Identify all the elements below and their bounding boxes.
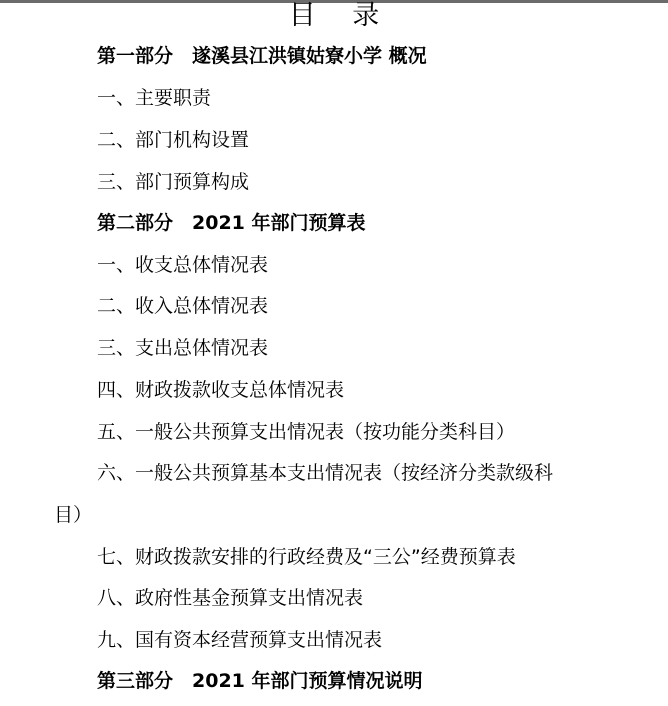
toc-part-1-heading[interactable]: 第一部分 遂溪县江洪镇姑寮小学 概况 (97, 44, 427, 68)
toc-title: 目 录 (0, 0, 668, 32)
toc-item[interactable]: 一、收支总体情况表 (97, 253, 268, 277)
toc-item[interactable]: 八、政府性基金预算支出情况表 (97, 586, 363, 610)
toc-item[interactable]: 六、一般公共预算基本支出情况表（按经济分类款级科 (97, 461, 553, 485)
toc-item-continuation[interactable]: 目） (54, 503, 92, 527)
toc-item[interactable]: 二、收入总体情况表 (97, 294, 268, 318)
toc-part-3-heading[interactable]: 第三部分 2021 年部门预算情况说明 (97, 669, 423, 693)
toc-item[interactable]: 一、主要职责 (97, 86, 211, 110)
toc-item[interactable]: 四、财政拨款收支总体情况表 (97, 378, 344, 402)
toc-item[interactable]: 五、一般公共预算支出情况表（按功能分类科目） (97, 420, 515, 444)
toc-item[interactable]: 九、国有资本经营预算支出情况表 (97, 628, 382, 652)
toc-part-2-heading[interactable]: 第二部分 2021 年部门预算表 (97, 211, 366, 235)
toc-item[interactable]: 三、支出总体情况表 (97, 336, 268, 360)
toc-item[interactable]: 七、财政拨款安排的行政经费及“三公”经费预算表 (97, 545, 516, 569)
toc-item[interactable]: 三、部门预算构成 (97, 170, 249, 194)
toc-item[interactable]: 二、部门机构设置 (97, 128, 249, 152)
